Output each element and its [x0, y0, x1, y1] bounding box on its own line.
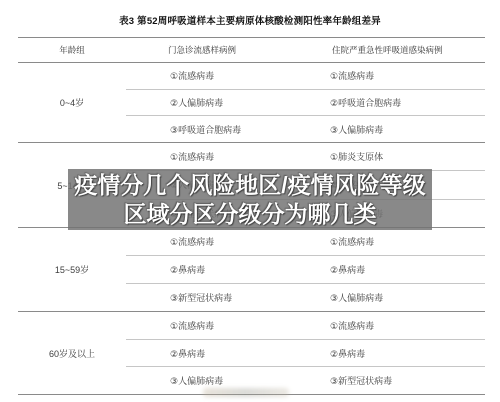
- age-label: 15~59岁: [18, 228, 126, 311]
- caption-overlay-banner: 疫情分几个风险地区/疫情风险等级 区域分区分级分为哪几类: [68, 169, 432, 230]
- overlay-text-line-1: 疫情分几个风险地区/疫情风险等级: [74, 171, 425, 200]
- table-row: ②鼻病毒 ②鼻病毒: [126, 255, 485, 283]
- overlay-text-line-2: 区域分区分级分为哪几类: [124, 200, 377, 229]
- inpatient-rank-3: ③人偏肺病毒: [330, 123, 485, 136]
- inpatient-rank-1: ①流感病毒: [330, 69, 485, 82]
- inpatient-rank-2: ②鼻病毒: [330, 263, 485, 276]
- outpatient-rank-3: ③人偏肺病毒: [126, 374, 330, 387]
- age-label: 0~4岁: [18, 63, 126, 142]
- outpatient-rank-2: ②人偏肺病毒: [126, 96, 330, 109]
- outpatient-rank-2: ②鼻病毒: [126, 263, 330, 276]
- inpatient-rank-3: ③人偏肺病毒: [330, 291, 485, 304]
- table-row: ③新型冠状病毒 ③人偏肺病毒: [126, 283, 485, 311]
- table-row: ①流感病毒 ①流感病毒: [126, 312, 485, 339]
- age-group-15-59: 15~59岁 ①流感病毒 ①流感病毒 ②鼻病毒 ②鼻病毒 ③新型冠状病毒 ③人偏…: [18, 227, 485, 311]
- table-row: ①流感病毒 ①流感病毒: [126, 228, 485, 255]
- inpatient-rank-3: ③新型冠状病毒: [330, 374, 485, 387]
- header-age-group: 年龄组: [18, 44, 126, 56]
- inpatient-rank-1: ①肺炎支原体: [330, 150, 485, 163]
- outpatient-rank-2: ②鼻病毒: [126, 347, 330, 360]
- table-row: ②人偏肺病毒 ②呼吸道合胞病毒: [126, 89, 485, 116]
- table-title: 表3 第52周呼吸道样本主要病原体核酸检测阳性率年龄组差异: [0, 13, 500, 27]
- inpatient-rank-1: ①流感病毒: [330, 319, 485, 332]
- table-row: ①流感病毒 ①流感病毒: [126, 63, 485, 89]
- inpatient-rank-2: ②鼻病毒: [330, 347, 485, 360]
- table-row: ③呼吸道合胞病毒 ③人偏肺病毒: [126, 115, 485, 142]
- table-header-row: 年龄组 门急诊流感样病例 住院严重急性呼吸道感染病例: [18, 38, 485, 63]
- age-group-0-4: 0~4岁 ①流感病毒 ①流感病毒 ②人偏肺病毒 ②呼吸道合胞病毒 ③呼吸道合胞病…: [18, 63, 485, 142]
- inpatient-rank-1: ①流感病毒: [330, 235, 485, 248]
- inpatient-rank-2: ②呼吸道合胞病毒: [330, 96, 485, 109]
- age-label: 60岁及以上: [18, 312, 126, 394]
- outpatient-rank-3: ③新型冠状病毒: [126, 291, 330, 304]
- outpatient-rank-1: ①流感病毒: [126, 235, 330, 248]
- table-row: ①流感病毒 ①肺炎支原体: [126, 143, 485, 170]
- table-row: ③人偏肺病毒 ③新型冠状病毒: [126, 366, 485, 394]
- outpatient-rank-1: ①流感病毒: [126, 69, 330, 82]
- age-group-60-plus: 60岁及以上 ①流感病毒 ①流感病毒 ②鼻病毒 ②鼻病毒 ③人偏肺病毒 ③新型冠…: [18, 311, 485, 394]
- outpatient-rank-3: ③呼吸道合胞病毒: [126, 123, 330, 136]
- header-outpatient-ili-cases: 门急诊流感样病例: [126, 44, 330, 56]
- table-row: ②鼻病毒 ②鼻病毒: [126, 339, 485, 367]
- header-hospitalized-sari-cases: 住院严重急性呼吸道感染病例: [330, 44, 485, 56]
- outpatient-rank-1: ①流感病毒: [126, 150, 330, 163]
- outpatient-rank-1: ①流感病毒: [126, 319, 330, 332]
- blurred-watermark: [203, 388, 289, 397]
